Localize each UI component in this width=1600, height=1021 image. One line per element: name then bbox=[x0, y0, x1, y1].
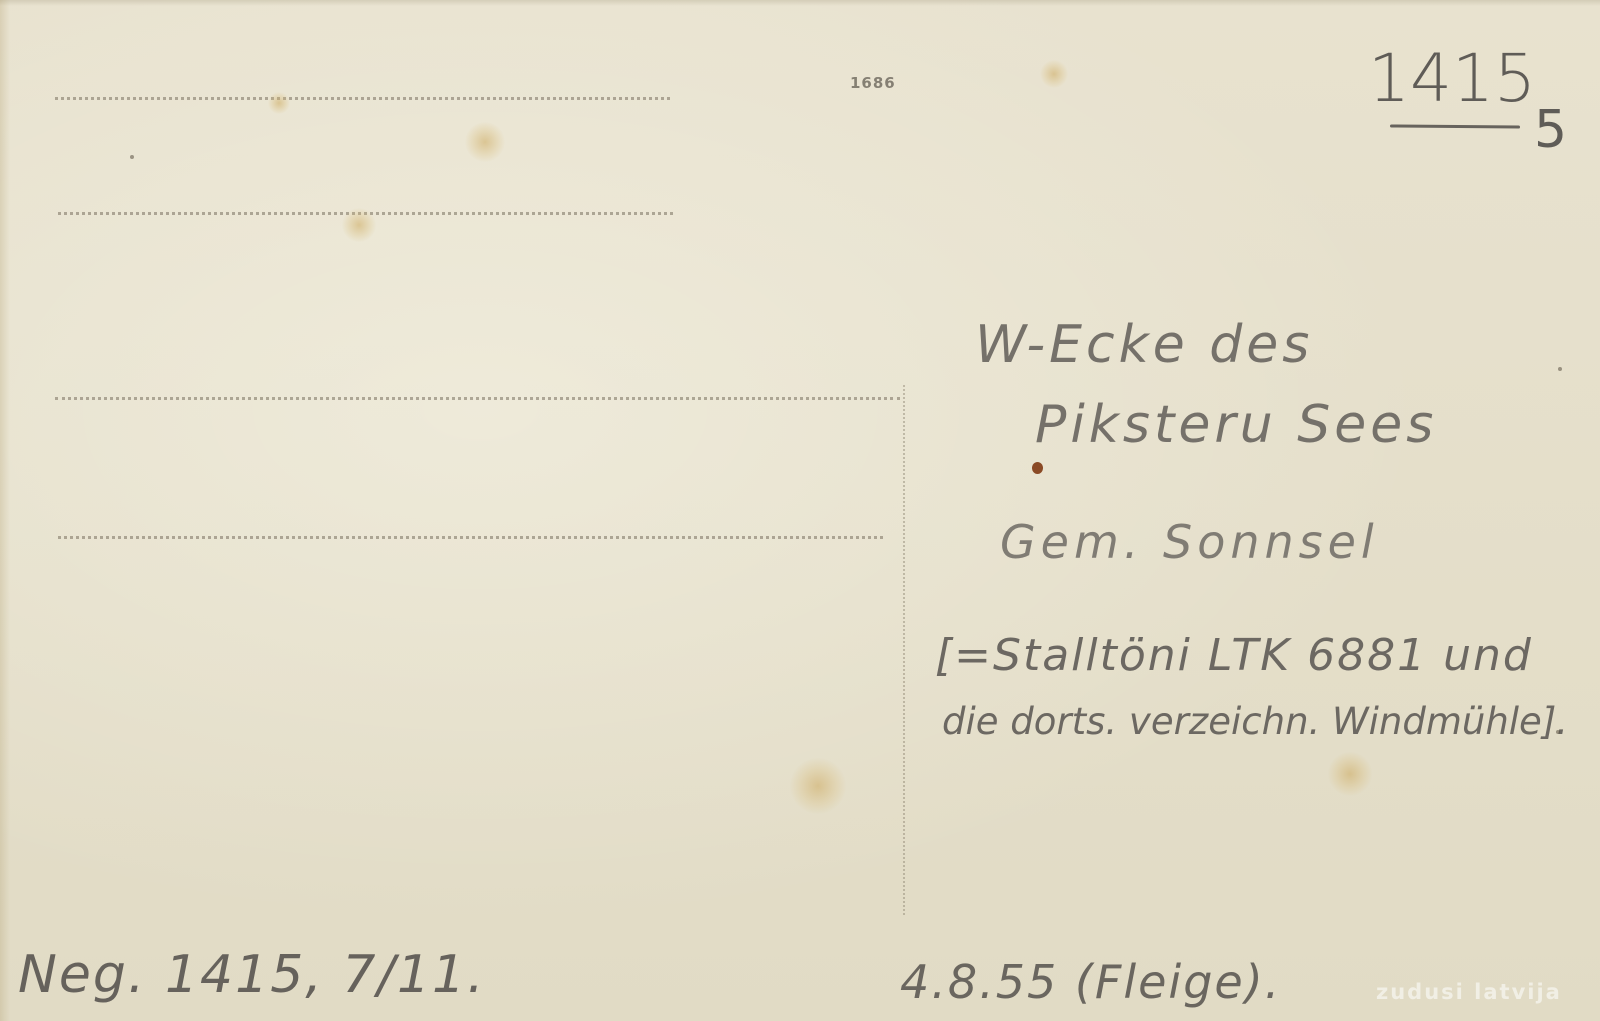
annotation-line-3: Gem. Sonnsel bbox=[1000, 515, 1379, 569]
date-reference: 4.8.55 (Fleige). bbox=[900, 955, 1281, 1009]
ink-spot bbox=[1032, 462, 1043, 474]
address-line-4 bbox=[58, 536, 883, 539]
foxing-stain bbox=[1328, 752, 1372, 796]
address-line-3 bbox=[55, 397, 900, 400]
foxing-stain bbox=[465, 122, 505, 162]
negative-reference: Neg. 1415, 7/11. bbox=[18, 945, 486, 1005]
foxing-stain bbox=[1040, 60, 1068, 88]
paper-edge-top bbox=[0, 0, 1600, 6]
postcard-back: 1686 1415 5 W-Ecke des Piksteru Sees Gem… bbox=[0, 0, 1600, 1021]
printed-card-number: 1686 bbox=[850, 74, 896, 92]
annotation-line-5: die dorts. verzeichn. Windmühle]. bbox=[942, 700, 1568, 743]
address-line-1 bbox=[55, 97, 670, 100]
paper-speck bbox=[1556, 730, 1560, 734]
annotation-line-4: [=Stalltöni LTK 6881 und bbox=[935, 630, 1533, 681]
annotation-line-1: W-Ecke des bbox=[975, 315, 1313, 375]
annotation-line-2: Piksteru Sees bbox=[1035, 395, 1437, 455]
foxing-stain bbox=[790, 758, 846, 814]
foxing-stain bbox=[268, 92, 290, 114]
foxing-stain bbox=[342, 208, 376, 242]
catalog-number-underline bbox=[1390, 124, 1520, 128]
paper-speck bbox=[1558, 367, 1562, 371]
catalog-subnumber: 5 bbox=[1534, 100, 1568, 160]
center-divider-line bbox=[903, 385, 905, 915]
paper-edge-left bbox=[0, 0, 10, 1021]
watermark-text: zudusi latvija bbox=[1376, 980, 1562, 1004]
paper-speck bbox=[130, 155, 134, 159]
catalog-number: 1415 bbox=[1368, 40, 1536, 117]
